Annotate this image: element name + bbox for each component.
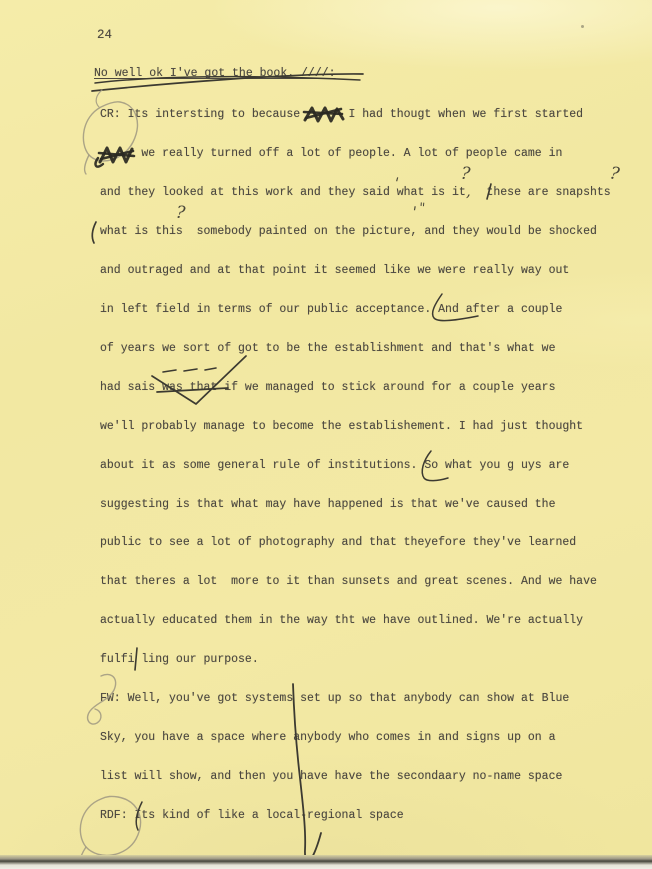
typed-line-11: suggesting is that what may have happene… [100, 498, 555, 511]
typed-line-4: what is this somebody painted on the pic… [100, 225, 597, 238]
typed-line-10: about it as some general rule of institu… [100, 459, 569, 472]
pen-dashes [163, 368, 216, 372]
typed-line-1: CR: Its intersting to because I had thou… [100, 108, 583, 121]
typed-line-18: list will show, and then you have have t… [100, 770, 562, 783]
paper-bottom-edge [0, 855, 652, 869]
typed-line-16: FW: Well, you've got systems set up so t… [100, 692, 569, 705]
typed-line-19: RDF: Its kind of like a local-regional s… [100, 809, 404, 822]
typed-line-8: had sais was that if we managed to stick… [100, 381, 555, 394]
typed-line-5: and outraged and at that point it seemed… [100, 264, 569, 277]
handwritten-quote: " [418, 202, 425, 215]
struck-heading: No well ok I've got the book. ////: [94, 67, 336, 80]
handwritten-apostrophe: ' [411, 205, 418, 220]
document-page: 24 No well ok I've got the book. ////: C… [0, 0, 652, 869]
typed-line-7: of years we sort of got to be the establ… [100, 342, 555, 355]
typed-line-17: Sky, you have a space where anybody who … [100, 731, 555, 744]
handwritten-question-mark: ? [609, 165, 621, 183]
typed-line-9: we'll probably manage to become the esta… [100, 420, 583, 433]
handwritten-question-mark: ? [460, 166, 471, 184]
typed-line-2: we really turned off a lot of people. A … [100, 147, 562, 160]
typed-line-3: and they looked at this work and they sa… [100, 186, 611, 199]
page-number: 24 [97, 28, 112, 42]
typed-line-15: fulfi ling our purpose. [100, 653, 259, 666]
handwritten-comma: , [466, 184, 471, 199]
typed-line-12: public to see a lot of photography and t… [100, 536, 576, 549]
typed-line-14: actually educated them in the way tht we… [100, 614, 583, 627]
handwritten-question-mark: ? [175, 205, 186, 223]
pen-w-stroke [92, 222, 96, 243]
typed-line-6: in left field in terms of our public acc… [100, 303, 562, 316]
typed-line-13: that theres a lot more to it than sunset… [100, 575, 597, 588]
paper-speck [581, 25, 584, 28]
pencil-squiggle [96, 90, 102, 107]
